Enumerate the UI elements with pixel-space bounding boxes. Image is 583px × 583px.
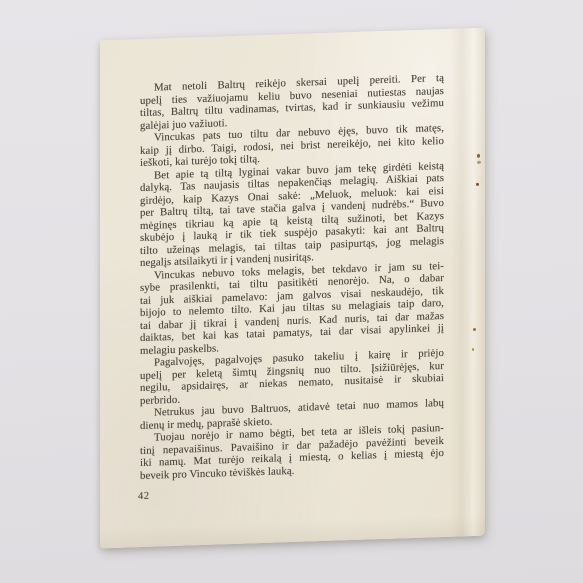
paper-speck	[472, 348, 474, 351]
photo-backdrop: Mat netoli Baltrų reikėjo skersai upelį …	[0, 0, 583, 583]
page-number: 42	[138, 491, 150, 502]
paper-speck	[477, 154, 480, 158]
paper-speck	[476, 183, 479, 186]
book-page: Mat netoli Baltrų reikėjo skersai upelį …	[100, 28, 485, 549]
paper-speck	[473, 328, 476, 331]
body-text: Mat netoli Baltrų reikėjo skersai upelį …	[140, 72, 444, 482]
paper-speck	[477, 161, 481, 164]
